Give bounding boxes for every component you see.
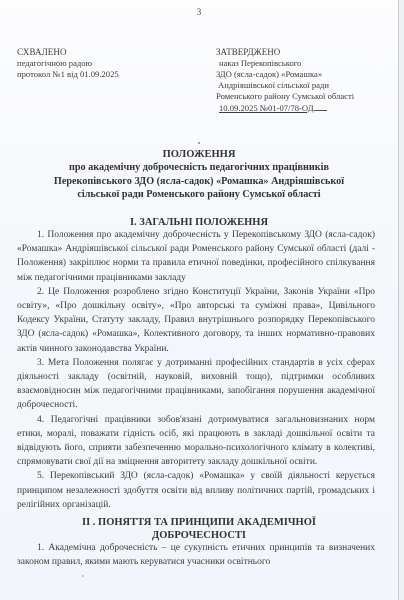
order-reference: 10.09.2025 №01-07/78-ОД — [216, 102, 354, 114]
document-page: 3 СХВАЛЕНО педагогічною радою протокол №… — [0, 0, 399, 600]
scan-speck — [82, 575, 84, 577]
page-number: 3 — [0, 7, 398, 17]
section-1-body: 1. Положення про академічну доброчесніст… — [17, 228, 375, 512]
paragraph: 1. Академічна доброчесність – це сукупні… — [17, 541, 375, 569]
paragraph: 3. Мета Положення полягає у дотриманні п… — [17, 356, 375, 413]
approved-heading: СХВАЛЕНО — [17, 47, 119, 58]
title-subtitle-line: про академічну доброчесність педагогічни… — [0, 161, 398, 175]
title-main: ПОЛОЖЕННЯ — [0, 148, 398, 161]
section-heading-2: II . ПОНЯТТЯ ТА ПРИНЦИПИ АКАДЕМІЧНОЇ ДОБ… — [0, 516, 398, 542]
approved-line: педагогічною радою — [17, 58, 119, 69]
confirmed-heading: ЗАТВЕРДЖЕНО — [216, 47, 354, 58]
title-subtitle-line: сільської ради Роменського району Сумськ… — [0, 188, 398, 202]
confirmed-line: ЗДО (ясла-садок) «Ромашка» — [216, 69, 354, 80]
approved-line: протокол №1 від 01.09.2025 — [17, 69, 119, 80]
document-title: ПОЛОЖЕННЯ про академічну доброчесність п… — [0, 148, 398, 202]
confirmed-line: Андріяшівської сільської ради — [216, 80, 354, 91]
confirmed-line: наказ Перекопівського — [216, 58, 354, 69]
paragraph: 1. Положення про академічну доброчесніст… — [17, 228, 375, 285]
title-subtitle-line: Перекопівського ЗДО (ясла-садок) «Ромашк… — [0, 175, 398, 189]
paragraph: 2. Це Положення розроблено згідно Консти… — [17, 285, 375, 356]
page-edge — [399, 0, 404, 600]
approval-block-approved: СХВАЛЕНО педагогічною радою протокол №1 … — [17, 47, 119, 80]
underline-decoration — [314, 102, 327, 111]
paragraph: 4. Педагогічні працівники зобов'язані до… — [17, 413, 375, 470]
section-heading-line: II . ПОНЯТТЯ ТА ПРИНЦИПИ АКАДЕМІЧНОЇ — [0, 516, 398, 529]
paragraph: 5. Перекопівський ЗДО (ясла-садок) «Рома… — [17, 469, 375, 512]
approval-block-confirmed: ЗАТВЕРДЖЕНО наказ Перекопівського ЗДО (я… — [216, 47, 354, 114]
scan-speck — [198, 142, 200, 144]
order-number: 10.09.2025 №01-07/78-ОД — [219, 103, 314, 113]
confirmed-line: Роменського району Сумської області — [216, 91, 354, 102]
section-2-body: 1. Академічна доброчесність – це сукупні… — [17, 541, 375, 569]
